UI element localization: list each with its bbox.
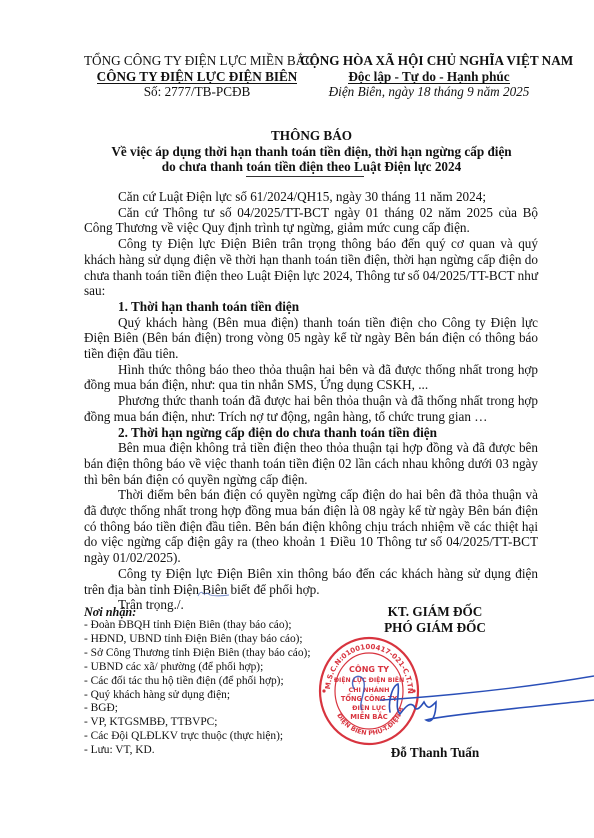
document-subject-line-1: Về việc áp dụng thời hạn thanh toán tiền… xyxy=(84,144,539,160)
parent-organization: TỔNG CÔNG TY ĐIỆN LỰC MIỀN BẮC xyxy=(84,53,310,69)
recipient-item: - Lưu: VT, KD. xyxy=(84,744,314,758)
section-2-paragraph: Thời điểm bên bán điện có quyền ngừng cấ… xyxy=(84,487,538,566)
recipient-item: - UBND các xã/ phường (để phối hợp); xyxy=(84,661,314,675)
document-type: THÔNG BÁO xyxy=(84,128,539,144)
document-subject-line-2: do chưa thanh toán tiền điện theo Luật Đ… xyxy=(84,159,539,175)
national-header: CỘNG HÒA XÃ HỘI CHỦ NGHĨA VIỆT NAM Độc l… xyxy=(300,53,558,100)
recipient-item: - Quý khách hàng sử dụng điện; xyxy=(84,689,314,703)
title-divider xyxy=(246,176,364,177)
initial-mark-icon xyxy=(196,589,230,599)
document-title-block: THÔNG BÁO Về việc áp dụng thời hạn thanh… xyxy=(84,128,539,175)
document-number: Số: 2777/TB-PCĐB xyxy=(84,84,310,100)
document-body: Căn cứ Luật Điện lực số 61/2024/QH15, ng… xyxy=(84,189,538,613)
on-behalf-title: KT. GIÁM ĐỐC xyxy=(360,604,510,620)
issuer-block: TỔNG CÔNG TY ĐIỆN LỰC MIỀN BẮC CÔNG TY Đ… xyxy=(84,53,310,100)
recipient-item: - HĐND, UBND tỉnh Điện Biên (thay báo cá… xyxy=(84,633,314,647)
section-1-paragraph: Hình thức thông báo theo thỏa thuận hai … xyxy=(84,362,538,393)
recipient-item: - Các đối tác thu hộ tiền điện (để phối … xyxy=(84,675,314,689)
recipient-item: - BGĐ; xyxy=(84,702,314,716)
recipients-block: Nơi nhận: - Đoàn ĐBQH tỉnh Điện Biên (th… xyxy=(84,605,314,758)
closing-paragraph: Công ty Điện lực Điện Biên xin thông báo… xyxy=(84,566,538,597)
handwritten-signature-icon xyxy=(380,672,594,722)
legal-basis-1: Căn cứ Luật Điện lực số 61/2024/QH15, ng… xyxy=(84,189,538,205)
signer-name: Đỗ Thanh Tuấn xyxy=(360,745,510,761)
recipient-item: - Các Đội QLĐLKV trực thuộc (thực hiện); xyxy=(84,730,314,744)
section-1-paragraph: Quý khách hàng (Bên mua điện) thanh toán… xyxy=(84,315,538,362)
issuing-organization: CÔNG TY ĐIỆN LỰC ĐIỆN BIÊN xyxy=(84,69,310,85)
recipient-item: - Sở Công Thương tỉnh Điện Biên (thay bá… xyxy=(84,647,314,661)
country-name: CỘNG HÒA XÃ HỘI CHỦ NGHĨA VIỆT NAM xyxy=(300,53,558,69)
section-2-heading: 2. Thời hạn ngừng cấp điện do chưa thanh… xyxy=(84,425,538,441)
recipients-title: Nơi nhận: xyxy=(84,605,314,619)
signature-title-block: KT. GIÁM ĐỐC PHÓ GIÁM ĐỐC xyxy=(360,604,510,635)
recipient-item: - VP, KTGSMBĐ, TTBVPC; xyxy=(84,716,314,730)
place-and-date: Điện Biên, ngày 18 tháng 9 năm 2025 xyxy=(300,84,558,100)
organization-name: CÔNG TY ĐIỆN LỰC ĐIỆN BIÊN xyxy=(97,70,298,84)
section-1-heading: 1. Thời hạn thanh toán tiền điện xyxy=(84,299,538,315)
national-motto: Độc lập - Tự do - Hạnh phúc xyxy=(348,70,509,84)
section-2-paragraph: Bên mua điện không trả tiền điện theo th… xyxy=(84,440,538,487)
recipient-item: - Đoàn ĐBQH tỉnh Điện Biên (thay báo cáo… xyxy=(84,619,314,633)
intro-paragraph: Công ty Điện lực Điện Biên trân trọng th… xyxy=(84,236,538,299)
legal-basis-2: Căn cứ Thông tư số 04/2025/TT-BCT ngày 0… xyxy=(84,205,538,236)
section-1-paragraph: Phương thức thanh toán đã được hai bên t… xyxy=(84,393,538,424)
